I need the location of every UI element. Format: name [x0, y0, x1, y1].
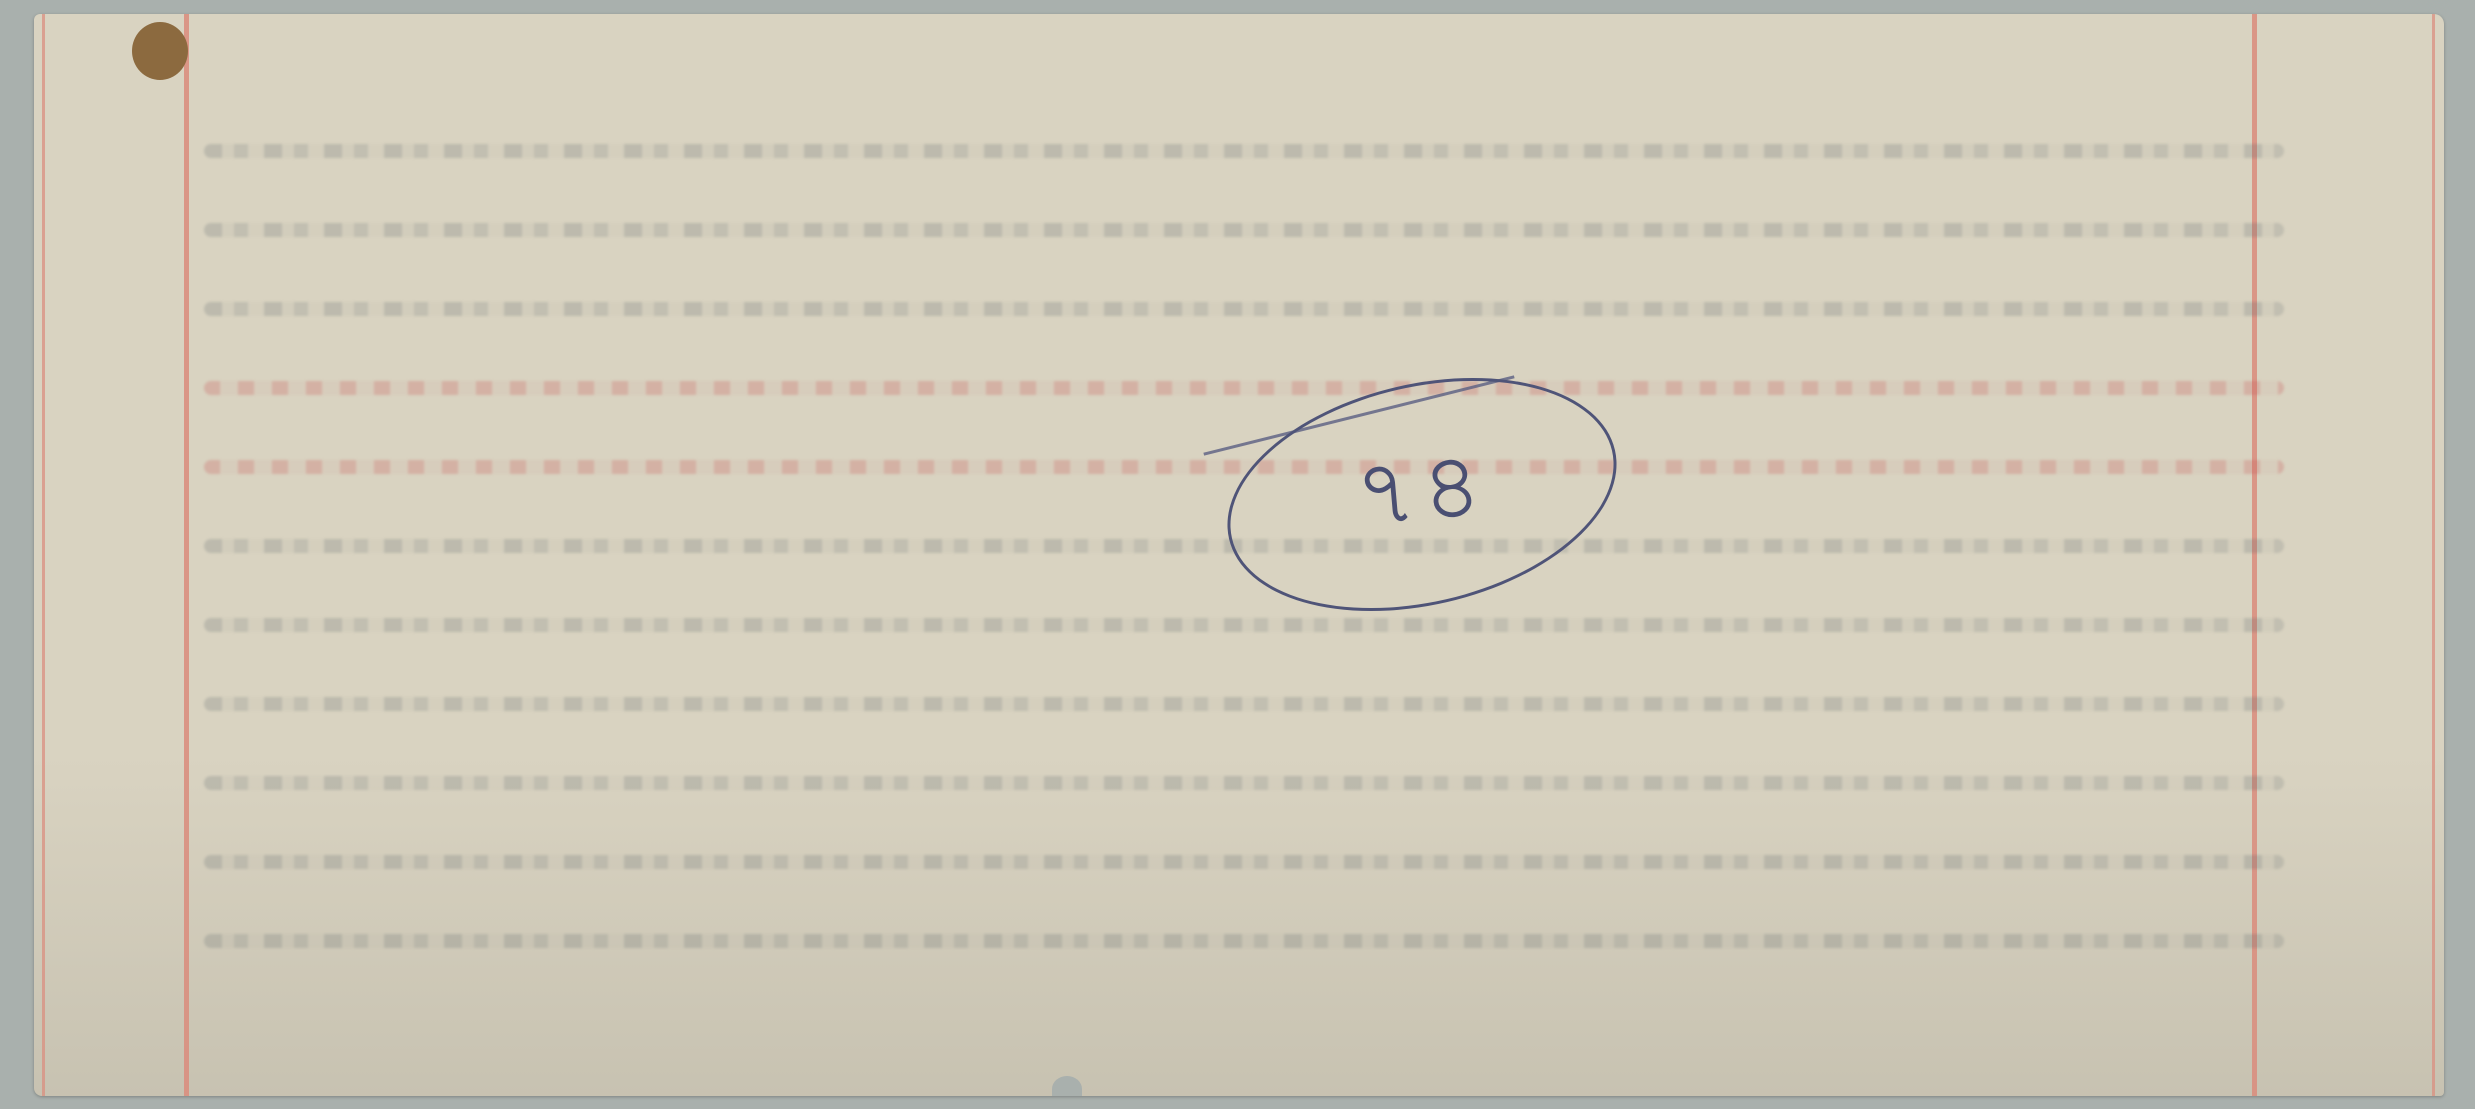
text-line — [204, 302, 2284, 316]
text-line — [204, 618, 2284, 632]
manuscript-leaf: ৭৪ — [34, 14, 2444, 1096]
text-line-rubric — [204, 381, 2284, 395]
outer-left-margin-rule — [42, 14, 45, 1096]
outer-right-margin-rule — [2432, 14, 2435, 1096]
text-line — [204, 223, 2284, 237]
left-margin-rule — [184, 14, 189, 1096]
edge-damage-notch — [1052, 1076, 1082, 1096]
text-line-rubric — [204, 460, 2284, 474]
text-line — [204, 934, 2284, 948]
text-line — [204, 776, 2284, 790]
text-line — [204, 855, 2284, 869]
faded-text-block — [204, 144, 2284, 1013]
text-line — [204, 697, 2284, 711]
folio-number: ৭৪ — [1350, 412, 1494, 577]
ink-stain-spot — [132, 22, 188, 80]
text-line — [204, 144, 2284, 158]
